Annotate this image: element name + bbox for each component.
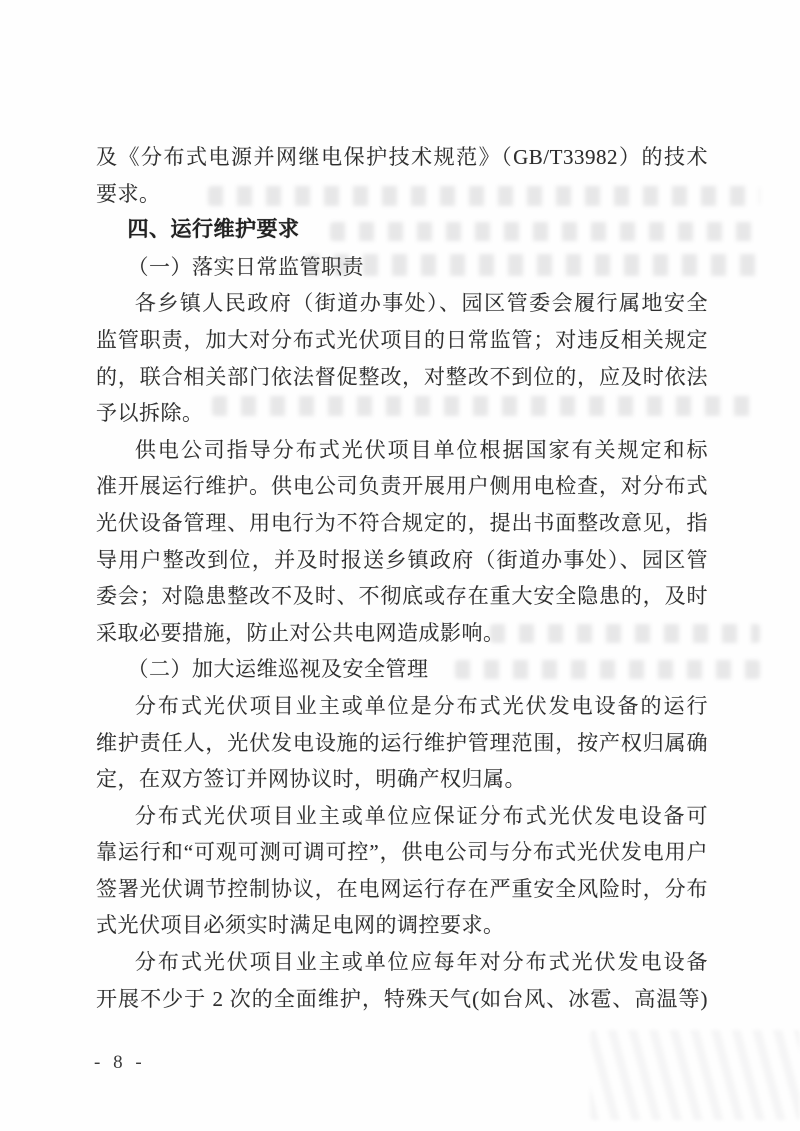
document-text-line: 委会；对隐患整改不及时、不彻底或存在重大安全隐患的，及时	[96, 578, 708, 615]
document-text-line: 分布式光伏项目业主或单位是分布式光伏发电设备的运行	[96, 688, 708, 725]
document-text-line: 靠运行和“可观可测可调可控”，供电公司与分布式光伏发电用户	[96, 834, 708, 871]
document-text-line: 式光伏项目必须实时满足电网的调控要求。	[96, 907, 708, 944]
subsection-heading: （一）落实日常监管职责	[96, 249, 708, 286]
page-number: - 8 -	[94, 1052, 146, 1074]
document-text-line: 光伏设备管理、用电行为不符合规定的，提出书面整改意见，指	[96, 505, 708, 542]
document-text-line: 供电公司指导分布式光伏项目单位根据国家有关规定和标	[96, 432, 708, 469]
document-text-line: 准开展运行维护。供电公司负责开展用户侧用电检查，对分布式	[96, 468, 708, 505]
document-body: 及《分布式电源并网继电保护技术规范》（GB/T33982）的技术 要求。 四、运…	[96, 139, 708, 1017]
document-text-line: 定，在双方签订并网协议时，明确产权归属。	[96, 761, 708, 798]
document-text-line: 维护责任人，光伏发电设施的运行维护管理范围，按产权归属确	[96, 725, 708, 762]
document-text-line: 分布式光伏项目业主或单位应每年对分布式光伏发电设备	[96, 944, 708, 981]
document-text-line: 的，联合相关部门依法督促整改，对整改不到位的，应及时依法	[96, 359, 708, 396]
document-text-line: 签署光伏调节控制协议，在电网运行存在严重安全风险时，分布	[96, 871, 708, 908]
document-text-line: 要求。	[96, 176, 708, 213]
document-text-line: 导用户整改到位，并及时报送乡镇政府（街道办事处）、园区管	[96, 542, 708, 579]
section-heading: 四、运行维护要求	[96, 212, 708, 249]
document-text-line: 予以拆除。	[96, 395, 708, 432]
subsection-heading: （二）加大运维巡视及安全管理	[96, 651, 708, 688]
document-text-line: 监管职责，加大对分布式光伏项目的日常监管；对违反相关规定	[96, 322, 708, 359]
document-text-line: 及《分布式电源并网继电保护技术规范》（GB/T33982）的技术	[96, 139, 708, 176]
scan-noise-artifact	[590, 1030, 800, 1120]
document-text-line: 开展不少于 2 次的全面维护，特殊天气(如台风、冰雹、高温等)	[96, 981, 708, 1018]
document-text-line: 各乡镇人民政府（街道办事处）、园区管委会履行属地安全	[96, 285, 708, 322]
document-text-line: 分布式光伏项目业主或单位应保证分布式光伏发电设备可	[96, 798, 708, 835]
document-page: 及《分布式电源并网继电保护技术规范》（GB/T33982）的技术 要求。 四、运…	[0, 0, 800, 1131]
document-text-line: 采取必要措施，防止对公共电网造成影响。	[96, 615, 708, 652]
